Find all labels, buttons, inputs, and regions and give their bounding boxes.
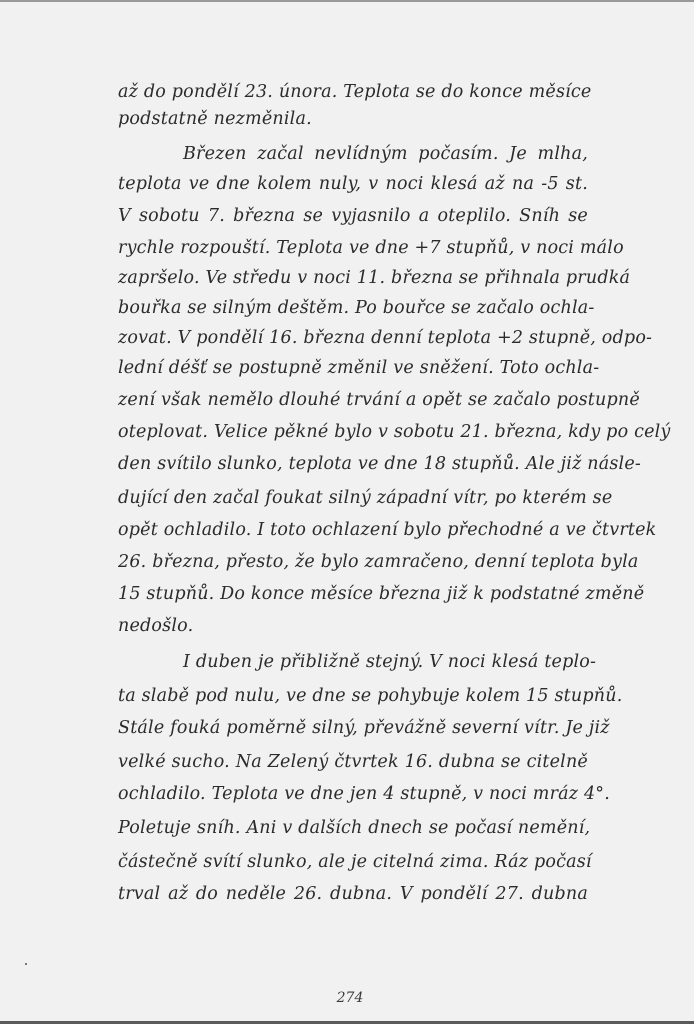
text-line: I duben je přibližně stejný. V noci kles… — [183, 650, 588, 674]
text-line: bouřka se silným deštěm. Po bouřce se za… — [118, 296, 588, 320]
text-line: podstatně nezměnila. — [118, 107, 588, 131]
text-line: velké sucho. Na Zelený čtvrtek 16. dubna… — [118, 750, 588, 774]
text-line: Poletuje sníh. Ani v dalších dnech se po… — [118, 816, 588, 840]
page-number: 274 — [320, 990, 380, 1006]
text-line: oteplovat. Velice pěkné bylo v sobotu 21… — [118, 420, 588, 444]
text-line: den svítilo slunko, teplota ve dne 18 st… — [118, 452, 588, 476]
text-line: zení však nemělo dlouhé trvání a opět se… — [118, 388, 588, 412]
text-line: nedošlo. — [118, 614, 588, 638]
text-line: dující den začal foukat silný západní ví… — [118, 486, 588, 510]
page-top-edge — [0, 0, 694, 2]
text-line: rychle rozpouští. Teplota ve dne +7 stup… — [118, 236, 588, 260]
text-line: až do pondělí 23. února. Teplota se do k… — [118, 80, 588, 104]
text-line: zovat. V pondělí 16. března denní teplot… — [118, 326, 588, 350]
text-line: ochladilo. Teplota ve dne jen 4 stupně, … — [118, 782, 588, 806]
text-line: ta slabě pod nulu, ve dne se pohybuje ko… — [118, 684, 588, 708]
text-line: opět ochladilo. I toto ochlazení bylo př… — [118, 518, 588, 542]
text-line: V sobotu 7. března se vyjasnilo a otepli… — [118, 204, 588, 228]
text-line: teplota ve dne kolem nuly, v noci klesá … — [118, 172, 588, 196]
handwritten-page: až do pondělí 23. února. Teplota se do k… — [0, 0, 694, 1024]
text-line: trval až do neděle 26. dubna. V pondělí … — [118, 882, 588, 906]
paper-speck — [25, 963, 27, 965]
text-line: Stále fouká poměrně silný, převážně seve… — [118, 716, 588, 740]
text-line: 26. března, přesto, že bylo zamračeno, d… — [118, 550, 588, 574]
text-line: zapršelo. Ve středu v noci 11. března se… — [118, 266, 588, 290]
text-line: 15 stupňů. Do konce měsíce března již k … — [118, 582, 588, 606]
text-line: částečně svítí slunko, ale je citelná zi… — [118, 850, 588, 874]
text-line: Březen začal nevlídným počasím. Je mlha, — [183, 142, 588, 166]
text-line: lední déšť se postupně změnil ve sněžení… — [118, 356, 588, 380]
